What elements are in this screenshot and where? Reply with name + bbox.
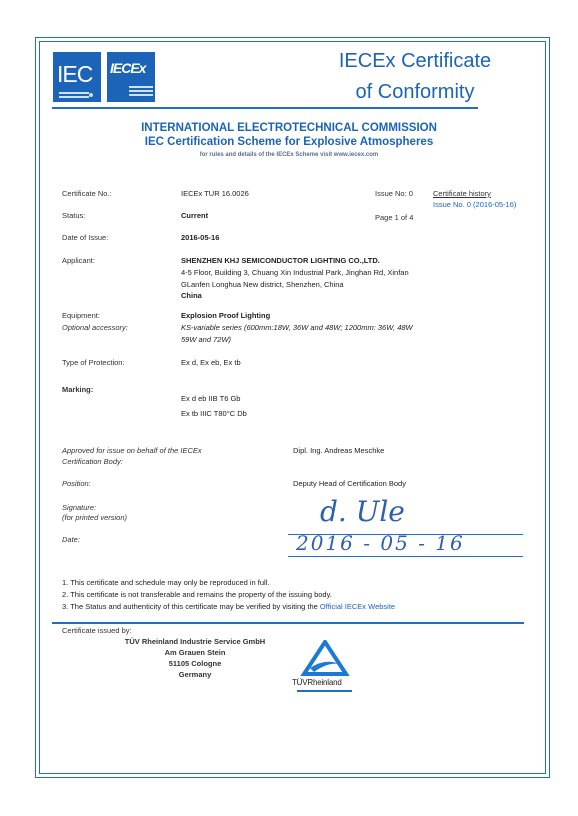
iecex-logo: IECEx [107,52,155,102]
header-divider [52,107,478,109]
signature: d. Ule [320,495,405,528]
date-of-issue-value: 2016-05-16 [181,233,219,242]
position-label: Position: [62,479,91,488]
note-2: 2. This certificate is not transferable … [62,590,332,599]
marking-label: Marking: [62,385,93,394]
signature-label: (for printed version) [62,513,127,522]
approved-label: Certification Body: [62,457,123,466]
date-label: Date: [62,535,80,544]
signature-label: Signature: [62,503,96,512]
marking-line: Ex tb IIIC T80°C Db [181,409,247,418]
note-3: 3. The Status and authenticity of this c… [62,602,395,611]
issued-by-label: Certificate issued by: [62,626,132,635]
iecex-logo-stripe [129,94,153,96]
note-3-text: 3. The Status and authenticity of this c… [62,602,320,611]
applicant-line: China [181,291,202,300]
iec-logo-stripe [59,92,89,94]
certificate-history-entry[interactable]: Issue No. 0 (2016-05-16) [433,200,516,209]
certificate-title-line2: of Conformity [260,81,570,104]
handwritten-date: 2016 - 05 - 16 [296,531,465,555]
equipment-value: Explosion Proof Lighting [181,311,270,320]
organization-name: INTERNATIONAL ELECTROTECHNICAL COMMISSIO… [0,122,578,134]
issue-no: Issue No: 0 [375,189,413,198]
issuer-line: TÜV Rheinland Industrie Service GmbH [110,637,280,646]
issuer-line: Germany [110,670,280,679]
optional-accessory-line: KS-variable series (600mm:18W, 36W and 4… [181,323,413,332]
applicant-line: 4-5 Floor, Building 3, Chuang Xin Indust… [181,268,409,277]
status-value: Current [181,211,208,220]
iecex-website-link[interactable]: Official IECEx Website [320,602,395,611]
approver-name: Dipl. Ing. Andreas Meschke [293,446,384,455]
iecex-logo-text: IECEx [110,60,145,76]
note-1: 1. This certificate and schedule may onl… [62,578,269,587]
footer-divider [52,622,524,624]
tuv-logo-underline [297,690,352,692]
position-value: Deputy Head of Certification Body [293,479,406,488]
applicant-label: Applicant: [62,256,95,265]
scheme-name: IEC Certification Scheme for Explosive A… [0,136,578,148]
tuv-rheinland-logo-icon [300,640,350,678]
iec-logo-stripe [59,96,89,98]
iecex-logo-stripe [129,86,153,88]
marking-line: Ex d eb IIB T6 Gb [181,394,240,403]
issuer-line: 51105 Cologne [110,659,280,668]
certificate-title-line1: IECEx Certificate [260,50,570,73]
iec-logo: IEC [53,52,101,102]
date-of-issue-label: Date of Issue: [62,233,108,242]
equipment-label: Equipment: [62,311,100,320]
certificate-no-value: IECEx TUR 16.0026 [181,189,249,198]
date-line [288,556,523,557]
page-indicator: Page 1 of 4 [375,213,413,222]
type-of-protection-value: Ex d, Ex eb, Ex tb [181,358,241,367]
approved-label: Approved for issue on behalf of the IECE… [62,446,202,455]
iec-logo-text: IEC [57,61,92,88]
applicant-line: GLanfen Longhua New district, Shenzhen, … [181,280,344,289]
status-label: Status: [62,211,85,220]
iecex-logo-stripe [129,90,153,92]
certificate-no-label: Certificate No.: [62,189,112,198]
certificate-history-label: Certificate history [433,189,491,198]
optional-accessory-line: 59W and 72W) [181,335,231,344]
optional-accessory-label: Optional accessory: [62,323,128,332]
issuer-line: Am Grauen Stein [110,648,280,657]
iec-logo-dot [89,93,93,97]
tuv-logo-text: TÜVRheinland [292,678,342,687]
applicant-line: SHENZHEN KHJ SEMICONDUCTOR LIGHTING CO.,… [181,256,380,265]
rules-note: for rules and details of the IECEx Schem… [0,152,578,158]
type-of-protection-label: Type of Protection: [62,358,125,367]
